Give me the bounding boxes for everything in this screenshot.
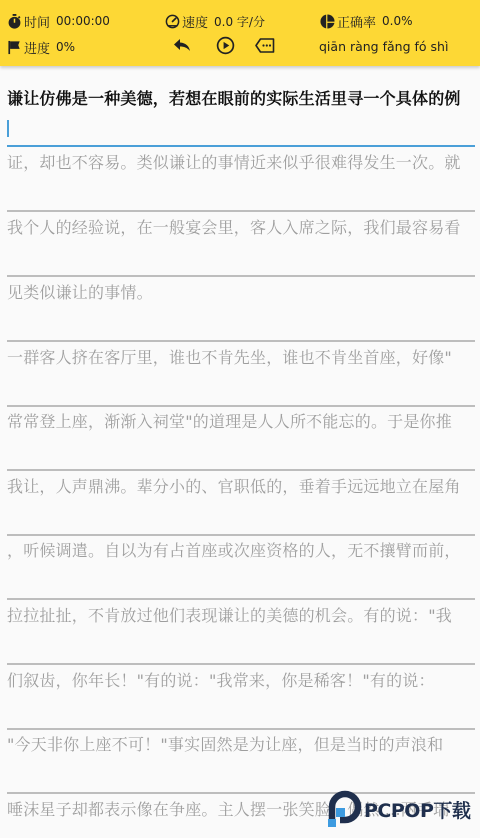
speed-stat: 速度 0.0 字/分 xyxy=(165,10,265,32)
stats-row-bottom: 进度 0% qiān ràng fǎng fó shì xyxy=(0,36,480,58)
reference-line: 我个人的经验说，在一般宴会里，客人入席之际，我们最容易看 xyxy=(7,218,477,238)
input-field[interactable] xyxy=(7,275,475,277)
progress-label: 进度 xyxy=(24,38,50,57)
accuracy-value: 0.0% xyxy=(382,14,413,28)
flag-icon xyxy=(7,40,22,55)
speed-value: 0.0 字/分 xyxy=(214,13,265,30)
reference-line: 证，却也不容易。类似谦让的事情近来似乎很难得发生一次。就 xyxy=(7,153,477,173)
watermark-logo-icon xyxy=(326,789,362,829)
time-label: 时间 xyxy=(24,12,50,31)
time-stat: 时间 00:00:00 xyxy=(7,10,110,32)
speedometer-icon xyxy=(165,14,180,29)
input-field[interactable] xyxy=(7,405,475,407)
input-field[interactable] xyxy=(7,340,475,342)
input-field[interactable] xyxy=(7,598,475,600)
current-reference-line: 谦让仿佛是一种美德，若想在眼前的实际生活里寻一个具体的例 xyxy=(7,89,477,109)
reference-line: "今天非你上座不可！"事实固然是为让座，但是当时的声浪和 xyxy=(7,735,477,755)
reference-line: 常常登上座，渐渐入祠堂"的道理是人人所不能忘的。于是你推 xyxy=(7,412,477,432)
current-input-field[interactable] xyxy=(7,145,475,147)
watermark: PCPOP下载 xyxy=(326,786,476,832)
speed-label: 速度 xyxy=(182,12,208,31)
undo-icon xyxy=(173,38,191,56)
stats-toolbar: 时间 00:00:00 速度 0.0 字/分 正确率 0.0% 进度 0% xyxy=(0,0,480,66)
text-cursor xyxy=(7,120,9,137)
reference-line: 见类似谦让的事情。 xyxy=(7,283,477,303)
reference-line: 一群客人挤在客厅里，谁也不肯先坐，谁也不肯坐首座，好像" xyxy=(7,348,477,368)
stopwatch-icon xyxy=(7,14,22,29)
reference-line: 拉拉扯扯，不肯放过他们表现谦让的美德的机会。有的说："我 xyxy=(7,606,477,626)
typing-area: 谦让仿佛是一种美德，若想在眼前的实际生活里寻一个具体的例 证，却也不容易。类似谦… xyxy=(0,66,480,838)
reference-line: 们叙齿，你年长！"有的说："我常来，你是稀客！"有的说： xyxy=(7,671,477,691)
reference-line: 我让，人声鼎沸。辈分小的、官职低的，垂着手远远地立在屋角 xyxy=(7,477,477,497)
pie-chart-icon xyxy=(320,14,335,29)
accuracy-label: 正确率 xyxy=(337,12,376,31)
undo-button[interactable] xyxy=(170,36,194,58)
input-field[interactable] xyxy=(7,469,475,471)
input-field[interactable] xyxy=(7,534,475,536)
reference-line: ，听候调遣。自以为有占首座或次座资格的人，无不攘臂而前， xyxy=(7,541,477,561)
watermark-text: PCPOP下载 xyxy=(364,796,470,823)
play-icon xyxy=(216,36,235,59)
progress-value: 0% xyxy=(56,40,75,54)
more-button[interactable] xyxy=(253,36,277,58)
stats-row-top: 时间 00:00:00 速度 0.0 字/分 正确率 0.0% xyxy=(0,10,480,32)
time-value: 00:00:00 xyxy=(56,14,110,28)
input-field[interactable] xyxy=(7,663,475,665)
accuracy-stat: 正确率 0.0% xyxy=(320,10,413,32)
input-field[interactable] xyxy=(7,728,475,730)
play-button[interactable] xyxy=(213,36,237,58)
input-field[interactable] xyxy=(7,210,475,212)
more-icon xyxy=(255,38,275,57)
progress-stat: 进度 0% xyxy=(7,36,75,58)
pinyin-hint: qiān ràng fǎng fó shì xyxy=(319,36,448,58)
